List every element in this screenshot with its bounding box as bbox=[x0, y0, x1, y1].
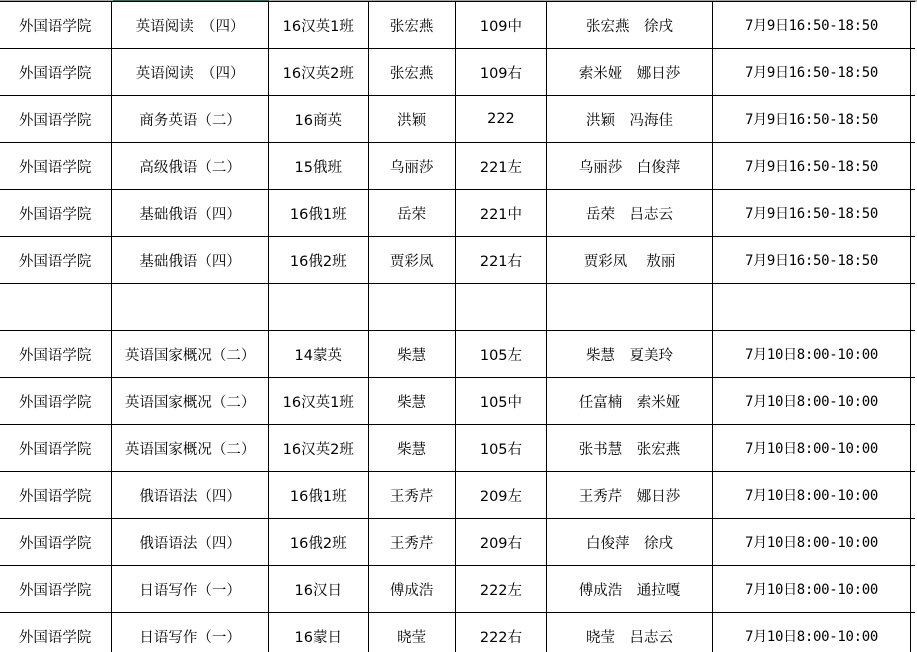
cell-class[interactable]: 16俄2班 bbox=[268, 519, 368, 566]
cell-course[interactable]: 英语国家概况（二） bbox=[112, 331, 269, 378]
cell-room[interactable]: 222 bbox=[455, 96, 546, 143]
cell-teacher[interactable]: 洪颖 bbox=[368, 96, 455, 143]
cell-college[interactable]: 外国语学院 bbox=[0, 378, 112, 425]
cell-class[interactable]: 14蒙英 bbox=[268, 331, 368, 378]
cell-proctors[interactable]: 张宏燕 徐戌 bbox=[547, 2, 713, 49]
cell-course[interactable]: 高级俄语（二） bbox=[112, 143, 269, 190]
cell-teacher[interactable]: 岳荣 bbox=[368, 190, 455, 237]
cell-class[interactable] bbox=[268, 284, 368, 331]
cell-exam-time[interactable]: 7月10日8:00-10:00 bbox=[713, 613, 911, 652]
cell-proctors[interactable]: 乌丽莎 白俊萍 bbox=[547, 143, 713, 190]
cell-next-column[interactable] bbox=[911, 425, 915, 472]
table-row: 外国语学院 日语写作（一） 16汉日 傅成浩 222左 傅成浩 通拉嘎 7月10… bbox=[0, 566, 915, 613]
cell-teacher[interactable]: 张宏燕 bbox=[368, 2, 455, 49]
cell-exam-time[interactable]: 7月10日8:00-10:00 bbox=[713, 331, 911, 378]
cell-room[interactable]: 109中 bbox=[455, 2, 546, 49]
cell-next-column[interactable] bbox=[911, 96, 915, 143]
cell-proctors[interactable]: 洪颖 冯海佳 bbox=[547, 96, 713, 143]
cell-class[interactable]: 15俄班 bbox=[268, 143, 368, 190]
cell-next-column[interactable] bbox=[911, 2, 915, 49]
cell-next-column[interactable] bbox=[911, 143, 915, 190]
cell-course[interactable]: 日语写作（一） bbox=[112, 613, 269, 652]
cell-class[interactable]: 16商英 bbox=[268, 96, 368, 143]
cell-exam-time[interactable]: 7月10日8:00-10:00 bbox=[713, 566, 911, 613]
table-row bbox=[0, 284, 915, 331]
cell-next-column[interactable] bbox=[911, 190, 915, 237]
cell-exam-time[interactable]: 7月10日8:00-10:00 bbox=[713, 472, 911, 519]
cell-course[interactable]: 商务英语（二） bbox=[112, 96, 269, 143]
cell-proctors[interactable]: 任富楠 索米娅 bbox=[547, 378, 713, 425]
table-row: 外国语学院 基础俄语（四） 16俄2班 贾彩凤 221右 贾彩凤 敖丽 7月9日… bbox=[0, 237, 915, 284]
table-row: 外国语学院 英语国家概况（二） 16汉英1班 柴慧 105中 任富楠 索米娅 7… bbox=[0, 378, 915, 425]
cell-class[interactable]: 16汉英1班 bbox=[268, 378, 368, 425]
cell-teacher[interactable]: 王秀芹 bbox=[368, 519, 455, 566]
cell-room[interactable]: 109右 bbox=[455, 49, 546, 96]
cell-proctors[interactable]: 索米娅 娜日莎 bbox=[547, 49, 713, 96]
cell-college[interactable]: 外国语学院 bbox=[0, 2, 112, 49]
cell-teacher[interactable]: 柴慧 bbox=[368, 331, 455, 378]
cell-teacher[interactable] bbox=[368, 284, 455, 331]
cell-teacher[interactable]: 张宏燕 bbox=[368, 49, 455, 96]
cell-teacher[interactable]: 王秀芹 bbox=[368, 472, 455, 519]
table-row: 外国语学院 日语写作（一） 16蒙日 晓莹 222右 晓莹 吕志云 7月10日8… bbox=[0, 613, 915, 652]
cell-class[interactable]: 16蒙日 bbox=[268, 613, 368, 652]
cell-proctors[interactable]: 岳荣 吕志云 bbox=[547, 190, 713, 237]
cell-proctors[interactable]: 张书慧 张宏燕 bbox=[547, 425, 713, 472]
cell-teacher[interactable]: 乌丽莎 bbox=[368, 143, 455, 190]
cell-class[interactable]: 16俄1班 bbox=[268, 472, 368, 519]
cell-exam-time[interactable]: 7月10日8:00-10:00 bbox=[713, 425, 911, 472]
cell-teacher[interactable]: 晓莹 bbox=[368, 613, 455, 652]
cell-course[interactable]: 英语阅读 （四） bbox=[112, 2, 269, 49]
cell-next-column[interactable] bbox=[911, 284, 915, 331]
cell-next-column[interactable] bbox=[911, 331, 915, 378]
cell-next-column[interactable] bbox=[911, 378, 915, 425]
cell-college[interactable]: 外国语学院 bbox=[0, 472, 112, 519]
cell-class[interactable]: 16俄1班 bbox=[268, 190, 368, 237]
cell-proctors[interactable]: 傅成浩 通拉嘎 bbox=[547, 566, 713, 613]
exam-schedule-table: 外国语学院 英语阅读 （四） 16汉英1班 张宏燕 109中 张宏燕 徐戌 7月… bbox=[0, 1, 915, 652]
cell-college[interactable]: 外国语学院 bbox=[0, 566, 112, 613]
cell-teacher[interactable]: 柴慧 bbox=[368, 378, 455, 425]
cell-course[interactable]: 基础俄语（四） bbox=[112, 237, 269, 284]
cell-college[interactable]: 外国语学院 bbox=[0, 143, 112, 190]
cell-exam-time[interactable]: 7月10日8:00-10:00 bbox=[713, 378, 911, 425]
table-row: 外国语学院 英语阅读 （四） 16汉英2班 张宏燕 109右 索米娅 娜日莎 7… bbox=[0, 49, 915, 96]
cell-college[interactable]: 外国语学院 bbox=[0, 613, 112, 652]
cell-teacher[interactable]: 柴慧 bbox=[368, 425, 455, 472]
table-row: 外国语学院 英语国家概况（二） 16汉英2班 柴慧 105右 张书慧 张宏燕 7… bbox=[0, 425, 915, 472]
cell-exam-time[interactable]: 7月9日16:50-18:50 bbox=[713, 143, 911, 190]
cell-exam-time[interactable]: 7月9日16:50-18:50 bbox=[713, 96, 911, 143]
cell-exam-time[interactable]: 7月9日16:50-18:50 bbox=[713, 49, 911, 96]
cell-next-column[interactable] bbox=[911, 237, 915, 284]
cell-exam-time[interactable]: 7月9日16:50-18:50 bbox=[713, 237, 911, 284]
cell-class[interactable]: 16汉英2班 bbox=[268, 425, 368, 472]
table-row: 外国语学院 俄语语法（四） 16俄1班 王秀芹 209左 王秀芹 娜日莎 7月1… bbox=[0, 472, 915, 519]
cell-class[interactable]: 16汉日 bbox=[268, 566, 368, 613]
cell-room[interactable]: 222右 bbox=[455, 613, 546, 652]
cell-teacher[interactable]: 傅成浩 bbox=[368, 566, 455, 613]
table-row: 外国语学院 英语国家概况（二） 14蒙英 柴慧 105左 柴慧 夏美玲 7月10… bbox=[0, 331, 915, 378]
cell-next-column[interactable] bbox=[911, 566, 915, 613]
cell-proctors[interactable] bbox=[547, 284, 713, 331]
cell-room[interactable]: 221右 bbox=[455, 237, 546, 284]
cell-proctors[interactable]: 王秀芹 娜日莎 bbox=[547, 472, 713, 519]
cell-college[interactable]: 外国语学院 bbox=[0, 425, 112, 472]
cell-course[interactable]: 英语国家概况（二） bbox=[112, 425, 269, 472]
cell-next-column[interactable] bbox=[911, 613, 915, 652]
cell-course[interactable] bbox=[112, 284, 269, 331]
cell-room[interactable]: 221中 bbox=[455, 190, 546, 237]
cell-proctors[interactable]: 柴慧 夏美玲 bbox=[547, 331, 713, 378]
cell-course[interactable]: 英语阅读 （四） bbox=[112, 49, 269, 96]
cell-next-column[interactable] bbox=[911, 472, 915, 519]
cell-college[interactable]: 外国语学院 bbox=[0, 190, 112, 237]
cell-room[interactable]: 105右 bbox=[455, 425, 546, 472]
cell-proctors[interactable]: 白俊萍 徐戌 bbox=[547, 519, 713, 566]
cell-room[interactable]: 105中 bbox=[455, 378, 546, 425]
cell-class[interactable]: 16俄2班 bbox=[268, 237, 368, 284]
cell-room[interactable]: 105左 bbox=[455, 331, 546, 378]
table-row: 外国语学院 俄语语法（四） 16俄2班 王秀芹 209右 白俊萍 徐戌 7月10… bbox=[0, 519, 915, 566]
cell-class[interactable]: 16汉英2班 bbox=[268, 49, 368, 96]
cell-college[interactable]: 外国语学院 bbox=[0, 519, 112, 566]
cell-proctors[interactable]: 晓莹 吕志云 bbox=[547, 613, 713, 652]
cell-course[interactable]: 基础俄语（四） bbox=[112, 190, 269, 237]
cell-class[interactable]: 16汉英1班 bbox=[268, 2, 368, 49]
cell-teacher[interactable]: 贾彩凤 bbox=[368, 237, 455, 284]
cell-room[interactable] bbox=[455, 284, 546, 331]
cell-proctors[interactable]: 贾彩凤 敖丽 bbox=[547, 237, 713, 284]
cell-college[interactable]: 外国语学院 bbox=[0, 96, 112, 143]
table-row: 外国语学院 商务英语（二） 16商英 洪颖 222 洪颖 冯海佳 7月9日16:… bbox=[0, 96, 915, 143]
table-row: 外国语学院 基础俄语（四） 16俄1班 岳荣 221中 岳荣 吕志云 7月9日1… bbox=[0, 190, 915, 237]
cell-course[interactable]: 俄语语法（四） bbox=[112, 472, 269, 519]
cell-course[interactable]: 英语国家概况（二） bbox=[112, 378, 269, 425]
cell-college[interactable]: 外国语学院 bbox=[0, 237, 112, 284]
cell-next-column[interactable] bbox=[911, 519, 915, 566]
cell-room[interactable]: 209右 bbox=[455, 519, 546, 566]
cell-exam-time[interactable]: 7月10日8:00-10:00 bbox=[713, 519, 911, 566]
table-row: 外国语学院 高级俄语（二） 15俄班 乌丽莎 221左 乌丽莎 白俊萍 7月9日… bbox=[0, 143, 915, 190]
cell-college[interactable] bbox=[0, 284, 112, 331]
cell-exam-time[interactable]: 7月9日16:50-18:50 bbox=[713, 190, 911, 237]
cell-exam-time[interactable]: 7月9日16:50-18:50 bbox=[713, 2, 911, 49]
cell-course[interactable]: 日语写作（一） bbox=[112, 566, 269, 613]
cell-room[interactable]: 222左 bbox=[455, 566, 546, 613]
cell-next-column[interactable] bbox=[911, 49, 915, 96]
cell-course[interactable]: 俄语语法（四） bbox=[112, 519, 269, 566]
cell-exam-time[interactable] bbox=[713, 284, 911, 331]
cell-room[interactable]: 209左 bbox=[455, 472, 546, 519]
cell-college[interactable]: 外国语学院 bbox=[0, 49, 112, 96]
cell-room[interactable]: 221左 bbox=[455, 143, 546, 190]
table-row: 外国语学院 英语阅读 （四） 16汉英1班 张宏燕 109中 张宏燕 徐戌 7月… bbox=[0, 2, 915, 49]
cell-college[interactable]: 外国语学院 bbox=[0, 331, 112, 378]
